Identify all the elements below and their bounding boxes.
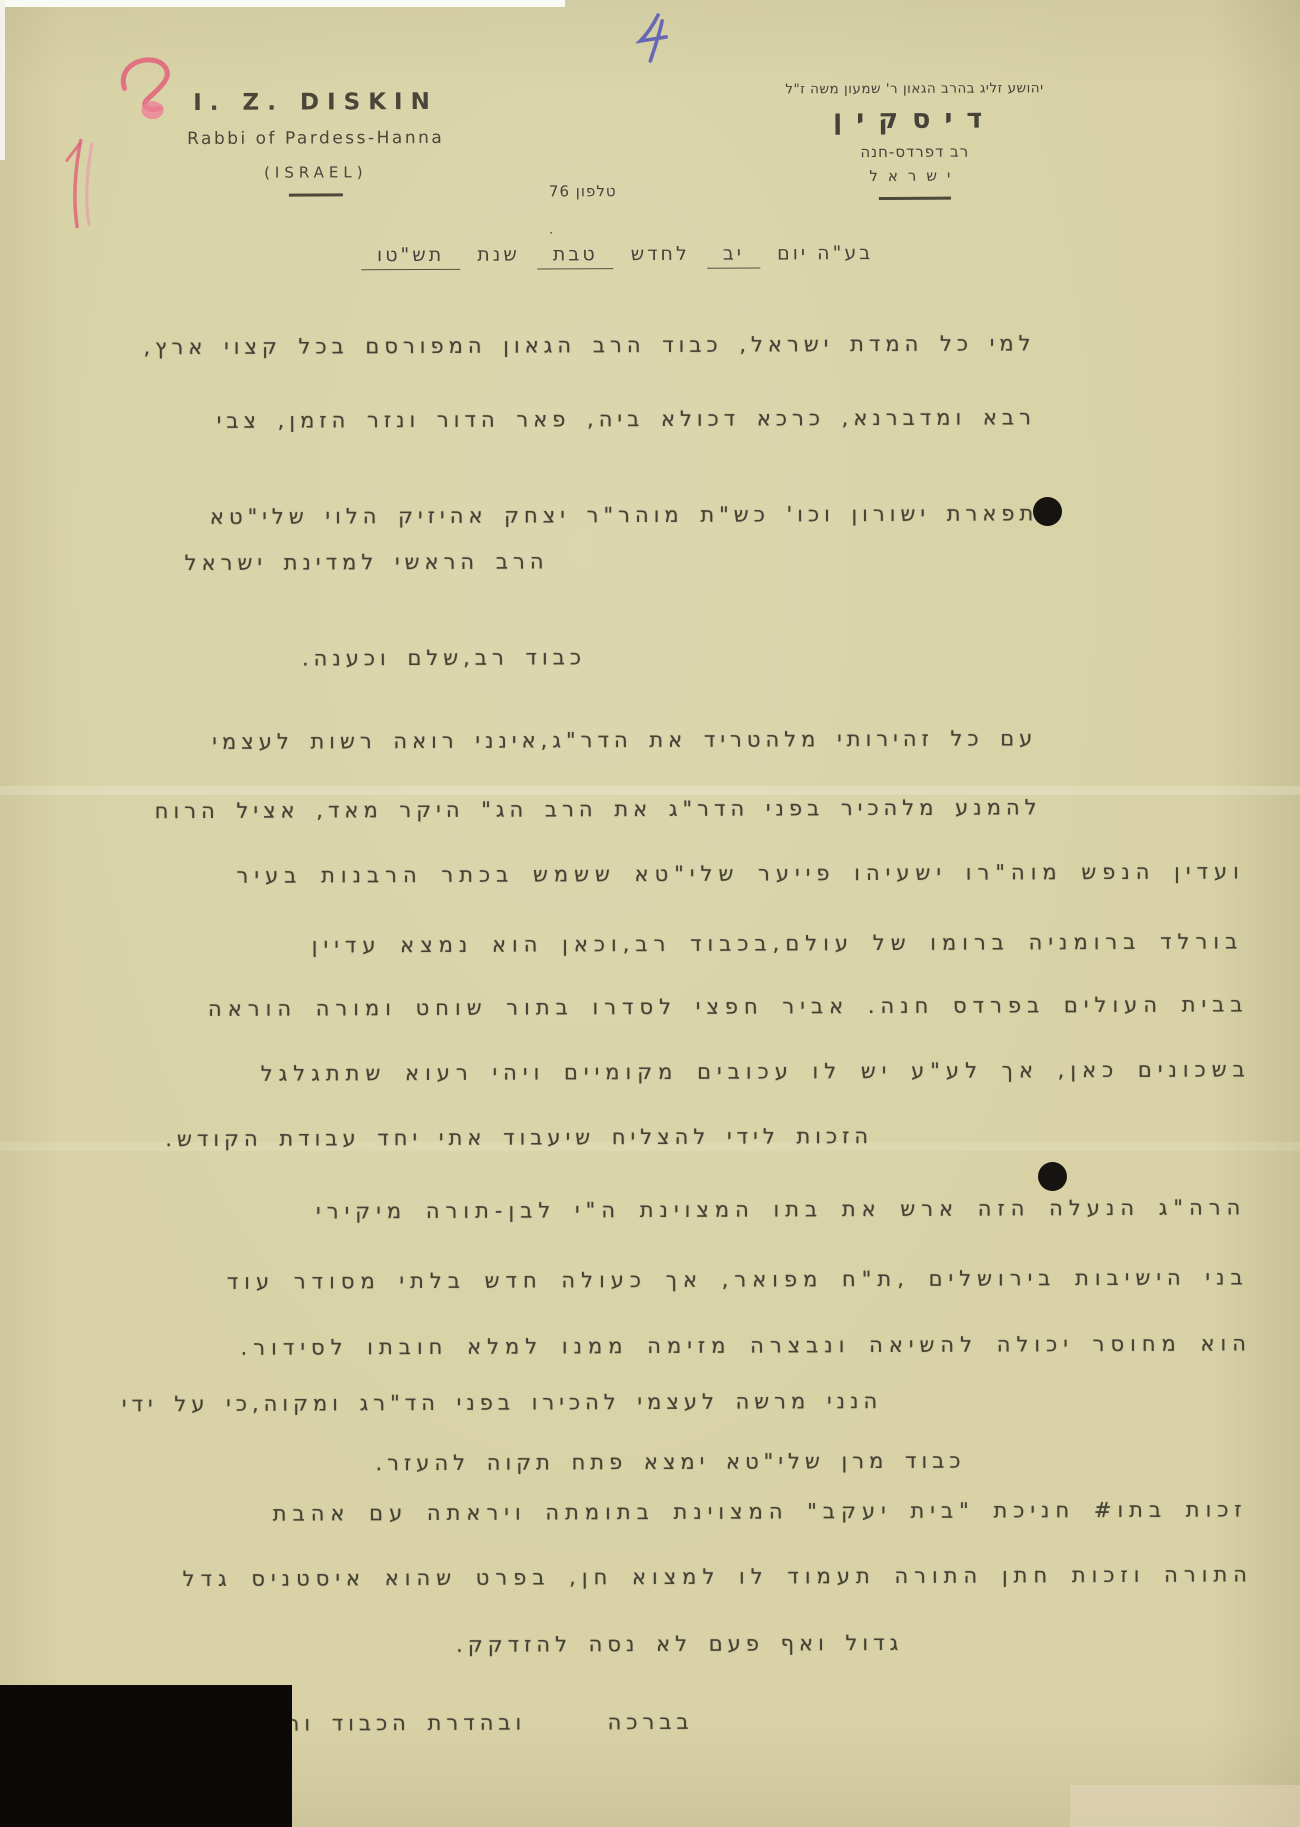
letter-line-2: רבא ומדברנא, כרכא דכולא ביה, פאר הדור ונ… (217, 405, 1036, 433)
letter-line-7: להמנע מלהכיר בפני הדר"ג את הרב הג" היקר … (155, 795, 1042, 823)
letter-line-10: בבית העולים בפרדס חנה. אביר חפצי לסדרו ב… (208, 992, 1249, 1021)
letter-line-11: בשכונים כאן, אך לע"ע יש לו עכובים מקומיי… (261, 1057, 1251, 1085)
letter-closing: בברכה ובהדרת הכבוד והיקר (239, 1710, 694, 1736)
closing-word-blessing: בברכה (608, 1710, 694, 1734)
letterhead-name-hebrew: דיסקין (765, 103, 1065, 135)
letterhead-title-hebrew: רב דפרדס-חנה (765, 142, 1065, 161)
dateline-month: טבת (537, 243, 614, 269)
letter-line-16: הנני מרשה לעצמי להכירו בפני הד"רג ומקוה,… (122, 1389, 882, 1416)
hole-punch-top (1033, 497, 1062, 526)
letterhead-name-english: I. Z. DISKIN (174, 89, 456, 116)
letter-line-1: למי כל המדת ישראל, כבוד הרב הגאון המפורס… (143, 331, 1035, 359)
letterhead-rule (289, 193, 343, 196)
letter-line-19: התורה וזכות חתן התורה תעמוד לו למצוא חן,… (183, 1562, 1253, 1591)
dateline-year-label: שנת (477, 244, 520, 266)
hole-punch-bottom (1038, 1162, 1067, 1191)
dateline-year: תש"טו (361, 244, 460, 270)
dateline: בע"ה יום יב לחדש טבת שנת תש"טו (353, 242, 873, 266)
letter-line-4: הרב הראשי למדינת ישראל (185, 549, 549, 575)
letter-line-5: כבוד רב,שלם וכענה. (302, 645, 586, 670)
dateline-day: יב (707, 243, 760, 269)
letterhead-lineage-hebrew: יהושע זליג בהרב הגאון ר' שמעון משה ז"ל (764, 80, 1064, 97)
letterhead-title-english: Rabbi of Pardess-Hanna (175, 128, 457, 149)
letterhead-country-english: (ISRAEL) (175, 163, 457, 182)
letter-content: I. Z. DISKIN Rabbi of Pardess-Hanna (ISR… (0, 0, 1300, 1827)
letter-line-13: הרה"ג הנעלה הזה ארש את בתו המצוינת ה"י ל… (316, 1195, 1246, 1223)
dateline-prefix: בע"ה יום (777, 242, 873, 264)
letter-line-20: גדול ואף פעם לא נסה להזדקק. (456, 1631, 903, 1657)
letter-line-8: ועדין הנפש מוה"רו ישעיהו פייער שלי"טא שש… (236, 859, 1244, 887)
letter-line-9: בורלד ברומניה ברומו של עולם,בכבוד רב,וכא… (312, 929, 1244, 957)
scanned-letter-page: I. Z. DISKIN Rabbi of Pardess-Hanna (ISR… (0, 0, 1300, 1827)
letterhead-country-hebrew: ישראל (765, 166, 1065, 185)
black-redaction-block (0, 1685, 292, 1827)
handwritten-red-mark (61, 132, 105, 232)
letter-line-17: כבוד מרן שלי"טא ימצא פתח תקוה להעזר. (375, 1449, 965, 1476)
letter-line-15: הוא מחוסר יכולה להשיאה ונבצרה מזימה ממנו… (241, 1331, 1252, 1359)
letter-line-12: הזכות לידי להצליח שיעבוד אתי יחד עבודת ה… (165, 1124, 873, 1151)
dateline-month-label: לחדש (631, 243, 690, 265)
letterhead-rule (879, 197, 951, 200)
letterhead-hebrew: יהושע זליג בהרב הגאון ר' שמעון משה ז"ל ד… (764, 80, 1065, 200)
phone-number: טלפון 76 (549, 182, 617, 200)
handwritten-number-4 (634, 10, 686, 66)
letter-line-3: תפארת ישורון וכו' כש"ת מוהר"ר יצחק אהיזי… (210, 501, 1039, 529)
letter-line-18: זכות בתו# חניכת "בית יעקב" המצוינת בתומת… (273, 1497, 1248, 1525)
dateline-mark: · (549, 226, 553, 241)
letterhead-english: I. Z. DISKIN Rabbi of Pardess-Hanna (ISR… (174, 89, 456, 197)
letter-line-14: בני הישיבות בירושלים ,ת"ח מפואר, אך כעול… (227, 1265, 1249, 1293)
letter-line-6: עם כל זהירותי מלהטריד את הדר"ג,אינני רוא… (212, 726, 1037, 754)
